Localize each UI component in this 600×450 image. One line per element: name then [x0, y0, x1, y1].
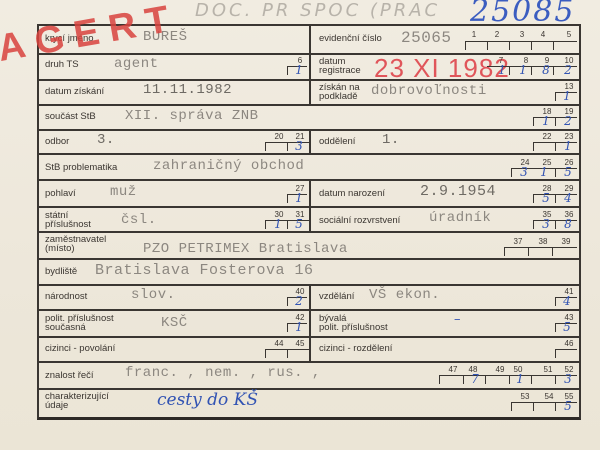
handwritten-code: 5: [561, 165, 575, 179]
handwritten-code: 1: [495, 63, 509, 77]
value-odbor: 3.: [97, 132, 115, 148]
label-evidencni-cislo: evidenční číslo: [319, 34, 382, 44]
registration-card: krycí jméno BUREŠ evidenční číslo 25065 …: [37, 24, 581, 420]
col-num: 44: [272, 339, 286, 348]
col-num: 47: [446, 365, 460, 374]
handwritten-code: 5: [560, 320, 574, 334]
handwritten-code: 5: [292, 217, 306, 231]
handwritten-code: 1: [560, 89, 574, 103]
handwritten-code: 1: [513, 372, 527, 386]
col-num: 38: [536, 237, 550, 246]
value-evidencni-cislo: 25065: [401, 29, 452, 47]
value-statni-prislusnost: čsl.: [121, 212, 157, 228]
label-byvala-polit: bývalá polit. příslušnost: [319, 314, 388, 332]
handwritten-code: 4: [560, 294, 574, 308]
handwritten-code: 1: [292, 63, 306, 77]
value-charakterizujici: cesty do KŠ: [157, 390, 258, 410]
col-num: 20: [272, 132, 286, 141]
col-num: 3: [515, 30, 529, 39]
label-vzdelani: vzdělání: [319, 292, 354, 302]
col-num: 2: [490, 30, 504, 39]
label-bydliste: bydliště: [45, 267, 77, 277]
label-zamestnavatel: zaměstnavatel (místo): [45, 235, 106, 253]
handwritten-code: 3: [517, 165, 531, 179]
handwritten-code: 8: [539, 63, 553, 77]
value-zamestnavatel: PZO PETRIMEX Bratislava: [143, 241, 348, 257]
label-znalost-reci: znalost řečí: [45, 371, 94, 381]
label-datum-ziskani: datum získání: [45, 87, 104, 97]
value-narodnost: slov.: [131, 287, 176, 303]
handwritten-code: 7: [468, 372, 482, 386]
handwritten-code: 8: [561, 217, 575, 231]
col-num: 49: [493, 365, 507, 374]
col-num: 37: [511, 237, 525, 246]
col-num: 53: [518, 392, 532, 401]
value-druh-ts: agent: [114, 56, 159, 72]
value-datum-narozeni: 2.9.1954: [420, 183, 496, 200]
pencil-annotation: DOC. PR SPOC (PRAC: [195, 0, 440, 21]
handwritten-code: 1: [271, 217, 285, 231]
col-num: 51: [541, 365, 555, 374]
label-cizinci-rozdeleni: cizinci - rozdělení: [319, 344, 392, 354]
handwritten-code: 3: [561, 372, 575, 386]
handwritten-code: 3: [539, 217, 553, 231]
value-pohlavi: muž: [110, 184, 137, 200]
handwritten-code: 2: [561, 114, 575, 128]
label-ziskan-na-podklade: získán na podkladě: [319, 83, 360, 101]
handwritten-code: 3: [292, 139, 306, 153]
value-socialni-rozvrstveni: úradník: [429, 210, 491, 226]
value-ziskan-na-podklade: dobrovoľnosti: [371, 83, 487, 99]
value-znalost-reci: franc. , nem. , rus. ,: [125, 365, 321, 381]
handwritten-code: 1: [292, 320, 306, 334]
value-datum-ziskani: 11.11.1982: [143, 82, 232, 98]
handwritten-code: 5: [561, 399, 575, 413]
value-stb-problematika: zahraničný obchod: [153, 158, 304, 174]
handwritten-code: 1: [561, 139, 575, 153]
handwritten-code: 5: [539, 191, 553, 205]
handwritten-code: 2: [561, 63, 575, 77]
handwritten-code: 1: [537, 165, 551, 179]
col-num: 39: [559, 237, 573, 246]
label-stb-problematika: StB problematika: [45, 163, 117, 173]
col-num: 4: [536, 30, 550, 39]
value-vzdelani: VŠ ekon.: [369, 287, 440, 303]
col-num: 1: [467, 30, 481, 39]
label-soucast-stb: součást StB: [45, 112, 96, 122]
label-polit-soucasna: polit. příslušnost současná: [45, 314, 114, 332]
label-statni-prislusnost: státní příslušnost: [45, 211, 91, 229]
handwritten-code: 1: [516, 63, 530, 77]
label-datum-registrace: datum registrace: [319, 57, 361, 75]
label-datum-narozeni: datum narození: [319, 189, 385, 199]
label-narodnost: národnost: [45, 292, 87, 302]
handwritten-code: 1: [292, 191, 306, 205]
label-socialni-rozvrstveni: sociální rozvrstvení: [319, 216, 400, 226]
label-cizinci-povolani: cizinci - povolání: [45, 344, 115, 354]
label-pohlavi: pohlaví: [45, 189, 76, 199]
document-page: DOC. PR SPOC (PRAC 25085 krycí jméno BUR…: [0, 0, 600, 450]
col-num: 45: [293, 339, 307, 348]
col-num: 5: [562, 30, 576, 39]
label-odbor: odbor: [45, 137, 69, 147]
col-num: 54: [542, 392, 556, 401]
label-oddeleni: oddělení: [319, 137, 355, 147]
value-bydliste: Bratislava Fosterova 16: [95, 262, 314, 279]
handwritten-code: 4: [561, 191, 575, 205]
col-num: 22: [540, 132, 554, 141]
value-soucast-stb: XII. správa ZNB: [125, 108, 259, 124]
handwritten-code: 2: [292, 294, 306, 308]
label-charakterizujici: charakterizující údaje: [45, 392, 109, 410]
value-oddeleni: 1.: [382, 132, 400, 148]
handwritten-code: 1: [539, 114, 553, 128]
col-num: 46: [562, 339, 576, 348]
value-byvala-polit: –: [454, 312, 461, 327]
value-polit-soucasna: KSČ: [161, 315, 188, 331]
